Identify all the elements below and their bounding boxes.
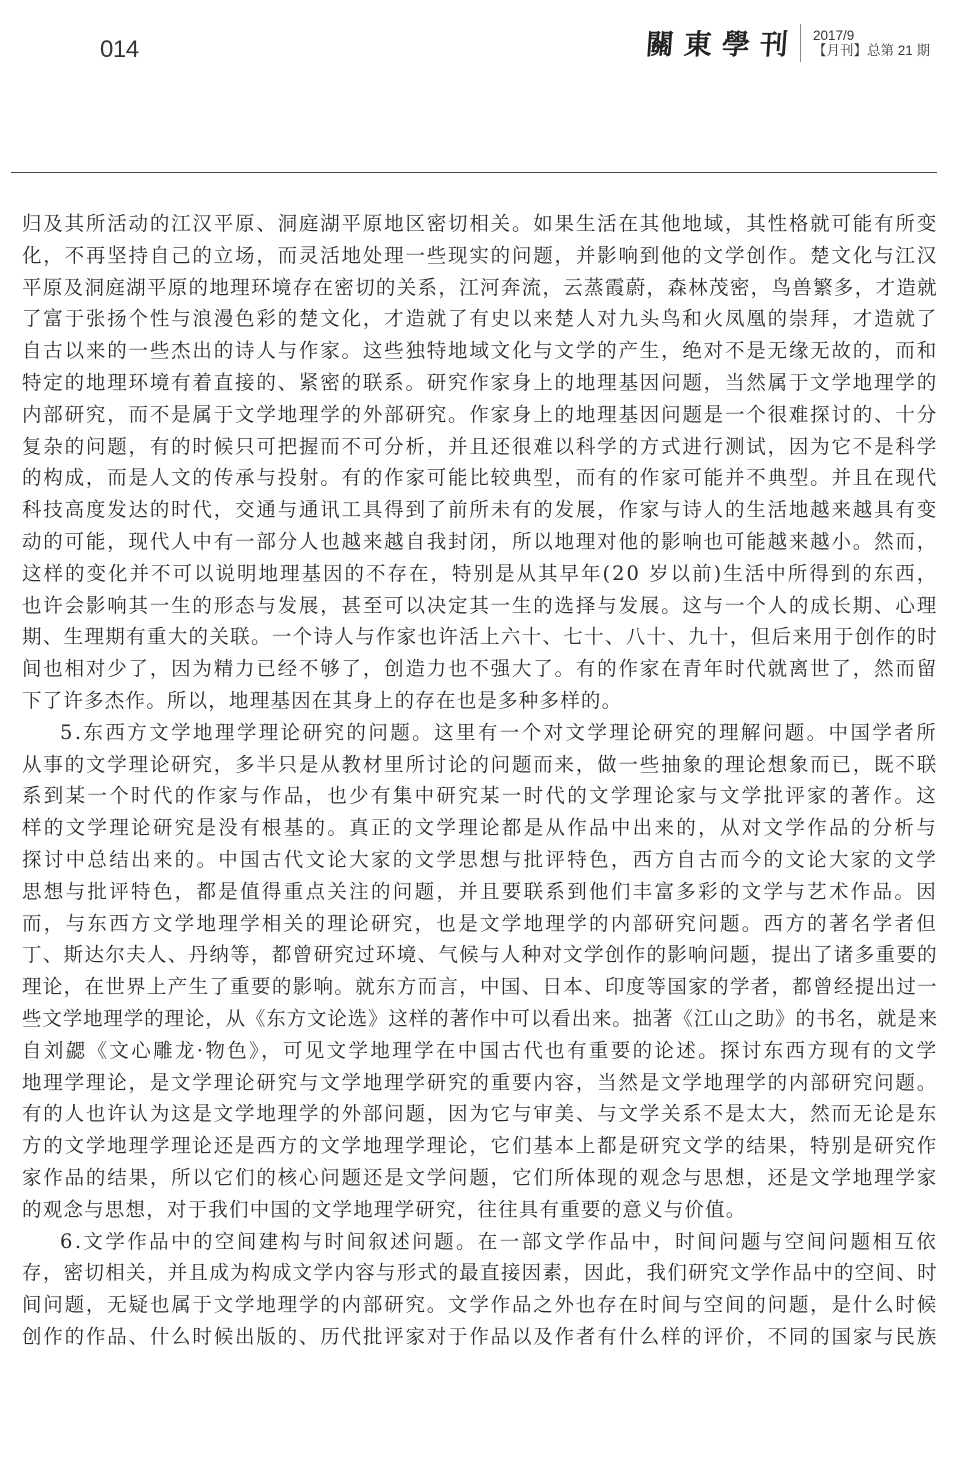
text-line: 样的文学理论研究是没有根基的。真正的文学理论都是从作品中出来的，从对文学作品的分… xyxy=(22,812,938,844)
section-heading-line: 6.文学作品中的空间建构与时间叙述问题。在一部文学作品中，时间问题与空间问题相互… xyxy=(22,1226,938,1258)
masthead: 關東學刊 2017/9 【月刊】总第 21 期 xyxy=(646,20,930,66)
text-line: 也许会影响其一生的形态与发展，甚至可以决定其一生的选择与发展。这与一个人的成长期… xyxy=(22,590,938,622)
text-line: 这样的变化并不可以说明地理基因的不存在，特别是从其早年(20 岁以前)生活中所得… xyxy=(22,558,938,590)
issue-label: 【月刊】总第 21 期 xyxy=(813,43,930,58)
article-body: 归及其所活动的江汉平原、洞庭湖平原地区密切相关。如果生活在其他地域，其性格就可能… xyxy=(22,208,938,1353)
text-line: 的观念与思想，对于我们中国的文学地理学研究，往往具有重要的意义与价值。 xyxy=(22,1194,938,1226)
text-line: 系到某一个时代的作家与作品，也少有集中研究某一时代的文学理论家与文学批评家的著作… xyxy=(22,780,938,812)
text-line: 创作的作品、什么时候出版的、历代批评家对于作品以及作者有什么样的评价，不同的国家… xyxy=(22,1321,938,1353)
text-line: 存，密切相关，并且成为构成文学内容与形式的最直接因素，因此，我们研究文学作品中的… xyxy=(22,1257,938,1289)
text-line: 化，不再坚持自己的立场，而灵活地处理一些现实的问题，并影响到他的文学创作。楚文化… xyxy=(22,240,938,272)
text-line: 了富于张扬个性与浪漫色彩的楚文化，才造就了有史以来楚人对九头鸟和火凤凰的崇拜，才… xyxy=(22,303,938,335)
text-line: 思想与批评特色，都是值得重点关注的问题，并且要联系到他们丰富多彩的文学与艺术作品… xyxy=(22,876,938,908)
text-line: 地理学理论，是文学理论研究与文学地理学研究的重要内容，当然是文学地理学的内部研究… xyxy=(22,1067,938,1099)
text-line: 科技高度发达的时代，交通与通讯工具得到了前所未有的发展，作家与诗人的生活地越来越… xyxy=(22,494,938,526)
text-line: 间问题，无疑也属于文学地理学的内部研究。文学作品之外也存在时间与空间的问题，是什… xyxy=(22,1289,938,1321)
text-line: 动的可能，现代人中有一部分人也越来越自我封闭，所以地理对他的影响也可能越来越小。… xyxy=(22,526,938,558)
journal-logo: 關東學刊 xyxy=(645,23,800,63)
text-line: 自古以来的一些杰出的诗人与作家。这些独特地域文化与文学的产生，绝对不是无缘无故的… xyxy=(22,335,938,367)
text-line: 家作品的结果，所以它们的核心问题还是文学问题，它们所体现的观念与思想，还是文学地… xyxy=(22,1162,938,1194)
text-line: 期、生理期有重大的关联。一个诗人与作家也许活上六十、七十、八十、九十，但后来用于… xyxy=(22,621,938,653)
text-line: 间也相对少了，因为精力已经不够了，创造力也不强大了。有的作家在青年时代就离世了，… xyxy=(22,653,938,685)
section-heading-line: 5.东西方文学地理学理论研究的问题。这里有一个对文学理论研究的理解问题。中国学者… xyxy=(22,717,938,749)
text-line: 平原及洞庭湖平原的地理环境存在密切的关系，江河奔流，云蒸霞蔚，森林茂密，鸟兽繁多… xyxy=(22,272,938,304)
text-line: 特定的地理环境有着直接的、紧密的联系。研究作家身上的地理基因问题，当然属于文学地… xyxy=(22,367,938,399)
text-line: 有的人也许认为这是文学地理学的外部问题，因为它与审美、与文学关系不是太大，然而无… xyxy=(22,1098,938,1130)
issue-date: 2017/9 xyxy=(813,28,930,43)
header-rule xyxy=(11,172,937,173)
text-line: 而，与东西方文学地理学相关的理论研究，也是文学地理学的内部研究问题。西方的著名学… xyxy=(22,908,938,940)
text-line: 从事的文学理论研究，多半只是从教材里所讨论的问题而来，做一些抽象的理论想象而已，… xyxy=(22,749,938,781)
text-line: 归及其所活动的江汉平原、洞庭湖平原地区密切相关。如果生活在其他地域，其性格就可能… xyxy=(22,208,938,240)
masthead-divider xyxy=(800,24,801,62)
text-line: 丁、斯达尔夫人、丹纳等，都曾研究过环境、气候与人种对文学创作的影响问题，提出了诸… xyxy=(22,939,938,971)
text-line: 的构成，而是人文的传承与投射。有的作家可能比较典型，而有的作家可能并不典型。并且… xyxy=(22,462,938,494)
text-line: 自刘勰《文心雕龙·物色》，可见文学地理学在中国古代也有重要的论述。探讨东西方现有… xyxy=(22,1035,938,1067)
page-number: 014 xyxy=(100,36,139,64)
text-line: 方的文学地理学理论还是西方的文学地理学理论，它们基本上都是研究文学的结果，特别是… xyxy=(22,1130,938,1162)
issue-info: 2017/9 【月刊】总第 21 期 xyxy=(813,28,930,58)
text-line: 探讨中总结出来的。中国古代文论大家的文学思想与批评特色，西方自古而今的文论大家的… xyxy=(22,844,938,876)
text-line: 理论，在世界上产生了重要的影响。就东方而言，中国、日本、印度等国家的学者，都曾经… xyxy=(22,971,938,1003)
text-line: 些文学地理学的理论，从《东方文论选》这样的著作中可以看出来。拙著《江山之助》的书… xyxy=(22,1003,938,1035)
text-line: 内部研究，而不是属于文学地理学的外部研究。作家身上的地理基因问题是一个很难探讨的… xyxy=(22,399,938,431)
text-line: 下了许多杰作。所以，地理基因在其身上的存在也是多种多样的。 xyxy=(22,685,938,717)
text-line: 复杂的问题，有的时候只可把握而不可分析，并且还很难以科学的方式进行测试，因为它不… xyxy=(22,431,938,463)
